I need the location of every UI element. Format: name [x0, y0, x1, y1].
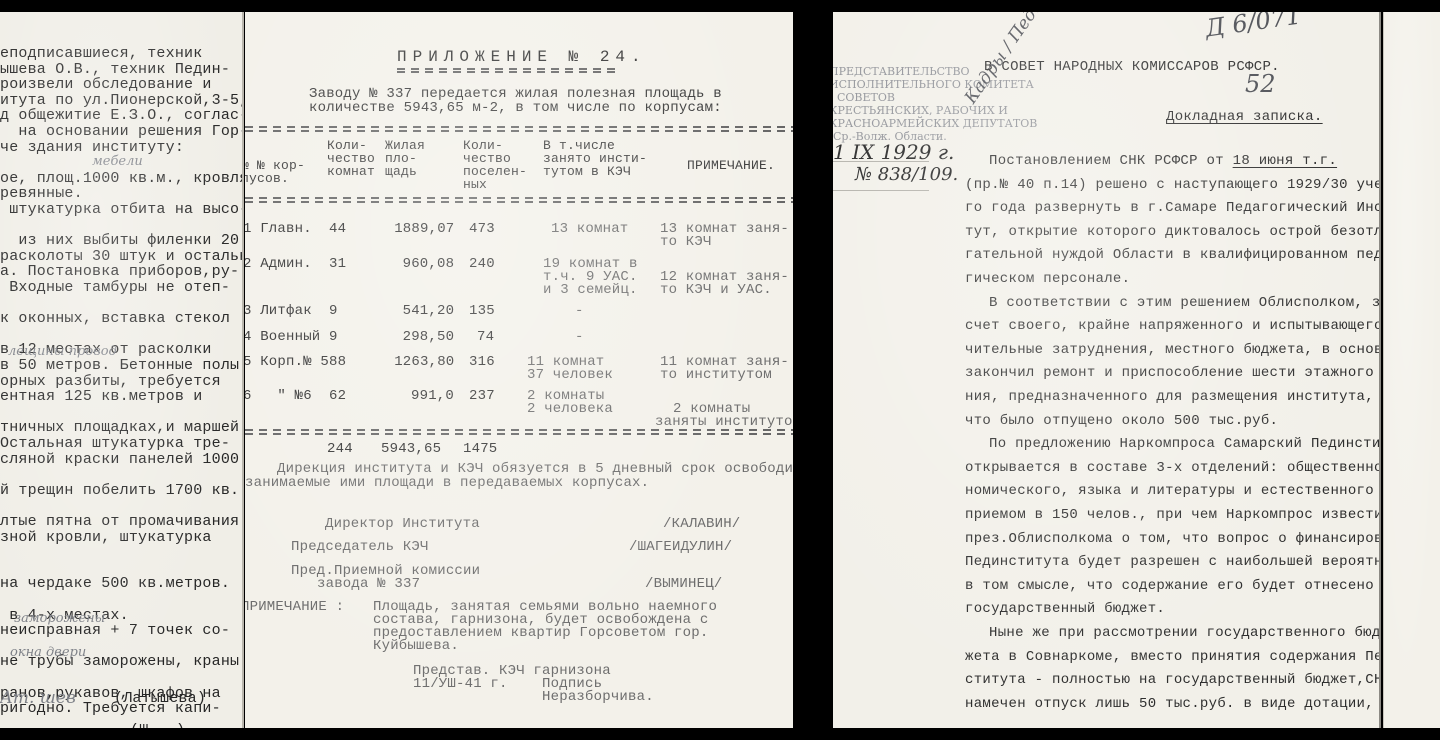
- text-line: й трещин побелить 1700 кв.: [0, 482, 239, 499]
- table-header-rule: [245, 197, 793, 203]
- report-document-page: ПРЕДСТАВИТЕЛЬСТВОИСПОЛНИТЕЛЬНОГО КОМИТЕТ…: [833, 12, 1381, 728]
- body-line: Ныне же при рассмотрении государственног…: [989, 625, 1381, 641]
- handwritten-note: лещины провод: [8, 344, 117, 359]
- cell-rooms: 9: [329, 304, 338, 318]
- cell-occupied: -: [575, 304, 584, 318]
- cell-rooms: 88: [329, 355, 346, 369]
- body-line: жета в Совнаркоме, вместо принятия содер…: [965, 649, 1381, 665]
- text-line: орных разбиты, требуется: [0, 373, 221, 390]
- handwritten-note: заморожены: [14, 611, 105, 626]
- obligation-line: занимаемые ими площади в передаваемых ко…: [245, 475, 649, 491]
- body-line: ститута - полностью на государственный б…: [965, 672, 1381, 688]
- column-header: комнат: [327, 165, 375, 179]
- addressee: В СОВЕТ НАРОДНЫХ КОМИССАРОВ РСФСР.: [984, 59, 1280, 75]
- text-line: сляной краски панелей 1000: [0, 451, 239, 468]
- body-line: чительные затруднения, местного бюджета,…: [965, 342, 1381, 358]
- column-header: щадь: [385, 165, 417, 179]
- cell-area: 1889,07: [394, 222, 454, 236]
- note-line: Куйбышева.: [373, 638, 459, 654]
- stamp-line: КРАСНОАРМЕЙСКИХ ДЕПУТАТОВ: [833, 117, 1037, 130]
- text-line: Входные тамбуры не отеп-: [0, 279, 230, 296]
- cell-occupied: 13 комнат: [551, 222, 628, 236]
- cell-occupied: 37 человек: [527, 368, 613, 382]
- cell-area: 991,0: [411, 389, 454, 403]
- column-header: пусов.: [245, 172, 289, 186]
- cell-building: 1 Главн.: [245, 222, 312, 236]
- title-double-underline: [397, 68, 619, 73]
- signatory-name: (Ш...): [130, 722, 185, 728]
- text-line: на чердаке 500 кв.метров.: [0, 575, 230, 592]
- body-line: открывается в составе 3-х отделений: общ…: [965, 460, 1381, 476]
- body-line: гательной нуждой Области в квалифицирова…: [965, 247, 1381, 263]
- handwritten-note: окна двери: [10, 645, 86, 660]
- footer-line: Неразборчива.: [413, 689, 654, 705]
- total-residents: 1475: [463, 442, 497, 456]
- body-line: что было отпущено около 500 тыс.руб.: [965, 413, 1278, 429]
- total-area: 5943,65: [381, 442, 441, 456]
- text-line: расколоты 30 штук и остальн-: [0, 248, 244, 265]
- cell-building: 5 Корп.№ 5: [245, 355, 329, 369]
- text-line: тничных площадках,и маршей: [0, 419, 239, 436]
- stamp-line: КРЕСТЬЯНСКИХ, РАБОЧИХ И: [833, 104, 1008, 117]
- stamp-rule: [833, 190, 929, 191]
- body-line: закончил ремонт и приспособление шести э…: [965, 365, 1381, 381]
- cell-note: то КЭЧ и УАС.: [660, 283, 772, 297]
- cell-area: 1263,80: [394, 355, 454, 369]
- cell-note: то КЭЧ: [660, 235, 712, 249]
- text-line: из них выбиты филенки 20: [0, 232, 239, 249]
- signatory-role: завода № 337: [317, 576, 420, 592]
- text-line: лтые пятна от промачивания: [0, 513, 239, 530]
- text-line: роизвели обследование и: [0, 76, 212, 93]
- text-line: ревянные.: [0, 185, 83, 202]
- signatory-name: /ШАГЕИДУЛИН/: [629, 539, 732, 555]
- body-line: По предложению Наркомпроса Самарский Пед…: [989, 436, 1381, 452]
- text-line: ое, площ.1000 кв.м., кровля: [0, 170, 244, 187]
- note-label: ПРИМЕЧАНИЕ :: [245, 599, 344, 615]
- signatory-role: Директор Института: [325, 516, 480, 532]
- cell-residents: 473: [469, 222, 495, 236]
- body-line: номического, языка и литературы и естест…: [965, 483, 1381, 499]
- cell-residents: 240: [469, 257, 495, 271]
- column-header: тутом в КЭЧ: [543, 165, 631, 179]
- cell-building: 2 Админ.: [245, 257, 312, 271]
- text-line: итута по ул.Пионерской,3-5,: [0, 92, 244, 109]
- body-line: намечен отпуск лишь 50 тыс.руб. в виде д…: [965, 696, 1381, 712]
- cell-rooms: 62: [329, 389, 346, 403]
- cell-residents: 316: [469, 355, 495, 369]
- body-line: В соответствии с этим решением Облисполк…: [989, 295, 1381, 311]
- handwritten-file-number: Д 6/071: [1204, 12, 1303, 43]
- text-line: ентная 125 кв.метров и: [0, 388, 202, 405]
- body-line: ния, предназначенного для размещения инс…: [965, 389, 1381, 405]
- cell-rooms: 9: [329, 330, 338, 344]
- text-line: к оконных, вставка стекол: [0, 310, 230, 327]
- cell-area: 960,08: [403, 257, 455, 271]
- body-line: през.Облисполкома о том, что вопрос о фи…: [965, 531, 1381, 547]
- body-line: Пединститута будет разрешен с наибольшей…: [965, 554, 1381, 570]
- left-document-page: еподписавшиеся, техникышева О.В., техник…: [0, 12, 244, 728]
- body-line: счет своего, крайне напряженного и испыт…: [965, 318, 1381, 334]
- cell-occupied: 2 человека: [527, 402, 613, 416]
- cell-rooms: 31: [329, 257, 346, 271]
- text-line: штукатурка отбита на высо-: [0, 201, 244, 218]
- body-line: государственный бюджет.: [965, 601, 1165, 617]
- blank-page-edge: [1383, 12, 1440, 728]
- body-line: приемом в 150 челов., при чем Наркомпрос…: [965, 507, 1381, 523]
- handwritten-note: мебели: [92, 154, 143, 169]
- cell-note: заняты институтом: [655, 415, 793, 429]
- stamp-line: ПРЕДСТАВИТЕЛЬСТВО: [833, 65, 970, 78]
- body-line: тут, открытие которого диктовалось остро…: [965, 224, 1381, 240]
- signatory-role: Председатель КЭЧ: [291, 539, 429, 555]
- handwritten-signature: Ат. шев: [0, 688, 76, 708]
- text-line: зной кровли, штукатурка: [0, 529, 212, 546]
- cell-building: 3 Литфак: [245, 304, 312, 318]
- text-line: Остальная штукатурка тре-: [0, 435, 230, 452]
- body-line: го года развернуть в г.Самаре Педагогиче…: [965, 200, 1381, 216]
- cell-building: 6 " №6: [245, 389, 312, 403]
- text-line: ышева О.В., техник Педин-: [0, 61, 230, 78]
- text-line: а. Постановка приборов,ру-: [0, 263, 239, 280]
- body-line: (пр.№ 40 п.14) решено с наступающего 192…: [965, 177, 1381, 193]
- table-bottom-rule: [245, 429, 793, 435]
- cell-note: то институтом: [660, 368, 772, 382]
- table-top-rule: [245, 126, 793, 132]
- text-line: д общежитие Е.З.О., соглас-: [0, 107, 244, 124]
- underlined-date: 18 июня т.г.: [1233, 153, 1337, 169]
- text-line: на основании решения Гор-: [0, 123, 244, 140]
- cell-area: 541,20: [403, 304, 455, 318]
- cell-residents: 135: [469, 304, 495, 318]
- body-line: гическом персонале.: [965, 271, 1130, 287]
- cell-rooms: 44: [329, 222, 346, 236]
- stamp-rule: [833, 161, 929, 162]
- intro-line: количестве 5943,65 м-2, в том числе по к…: [309, 100, 722, 116]
- appendix-document-page: ПРИЛОЖЕНИЕ № 24. Заводу № 337 передается…: [245, 12, 793, 728]
- body-line: в том смысле, что содержание его будет о…: [965, 578, 1381, 594]
- cell-occupied: -: [575, 330, 584, 344]
- signatory-name: (Латышева): [114, 690, 206, 707]
- total-rooms: 244: [327, 442, 353, 456]
- appendix-title: ПРИЛОЖЕНИЕ № 24.: [397, 48, 647, 66]
- cell-building: 4 Военный: [245, 330, 320, 344]
- signatory-name: /КАЛАВИН/: [663, 516, 740, 532]
- cell-residents: 74: [477, 330, 494, 344]
- cell-area: 298,50: [403, 330, 455, 344]
- column-header: ПРИМЕЧАНИЕ.: [687, 159, 775, 173]
- report-heading: Докладная записка.: [1166, 109, 1323, 125]
- signatory-name: /ВЫМИНЕЦ/: [645, 576, 722, 592]
- cell-occupied: и 3 семейц.: [543, 283, 638, 297]
- stamp-number-handwritten: № 838/109.: [855, 164, 958, 185]
- body-line: Постановлением СНК РСФСР от 18 июня т.г.: [989, 153, 1337, 169]
- cell-residents: 237: [469, 389, 495, 403]
- column-header: ных: [463, 178, 487, 192]
- text-line: в 50 метров. Бетонные полы: [0, 357, 239, 374]
- stamp-line: ИСПОЛНИТЕЛЬНОГО КОМИТЕТА: [833, 78, 1034, 91]
- stamp-line: СОВЕТОВ: [837, 91, 895, 104]
- text-line: еподписавшиеся, техник: [0, 45, 202, 62]
